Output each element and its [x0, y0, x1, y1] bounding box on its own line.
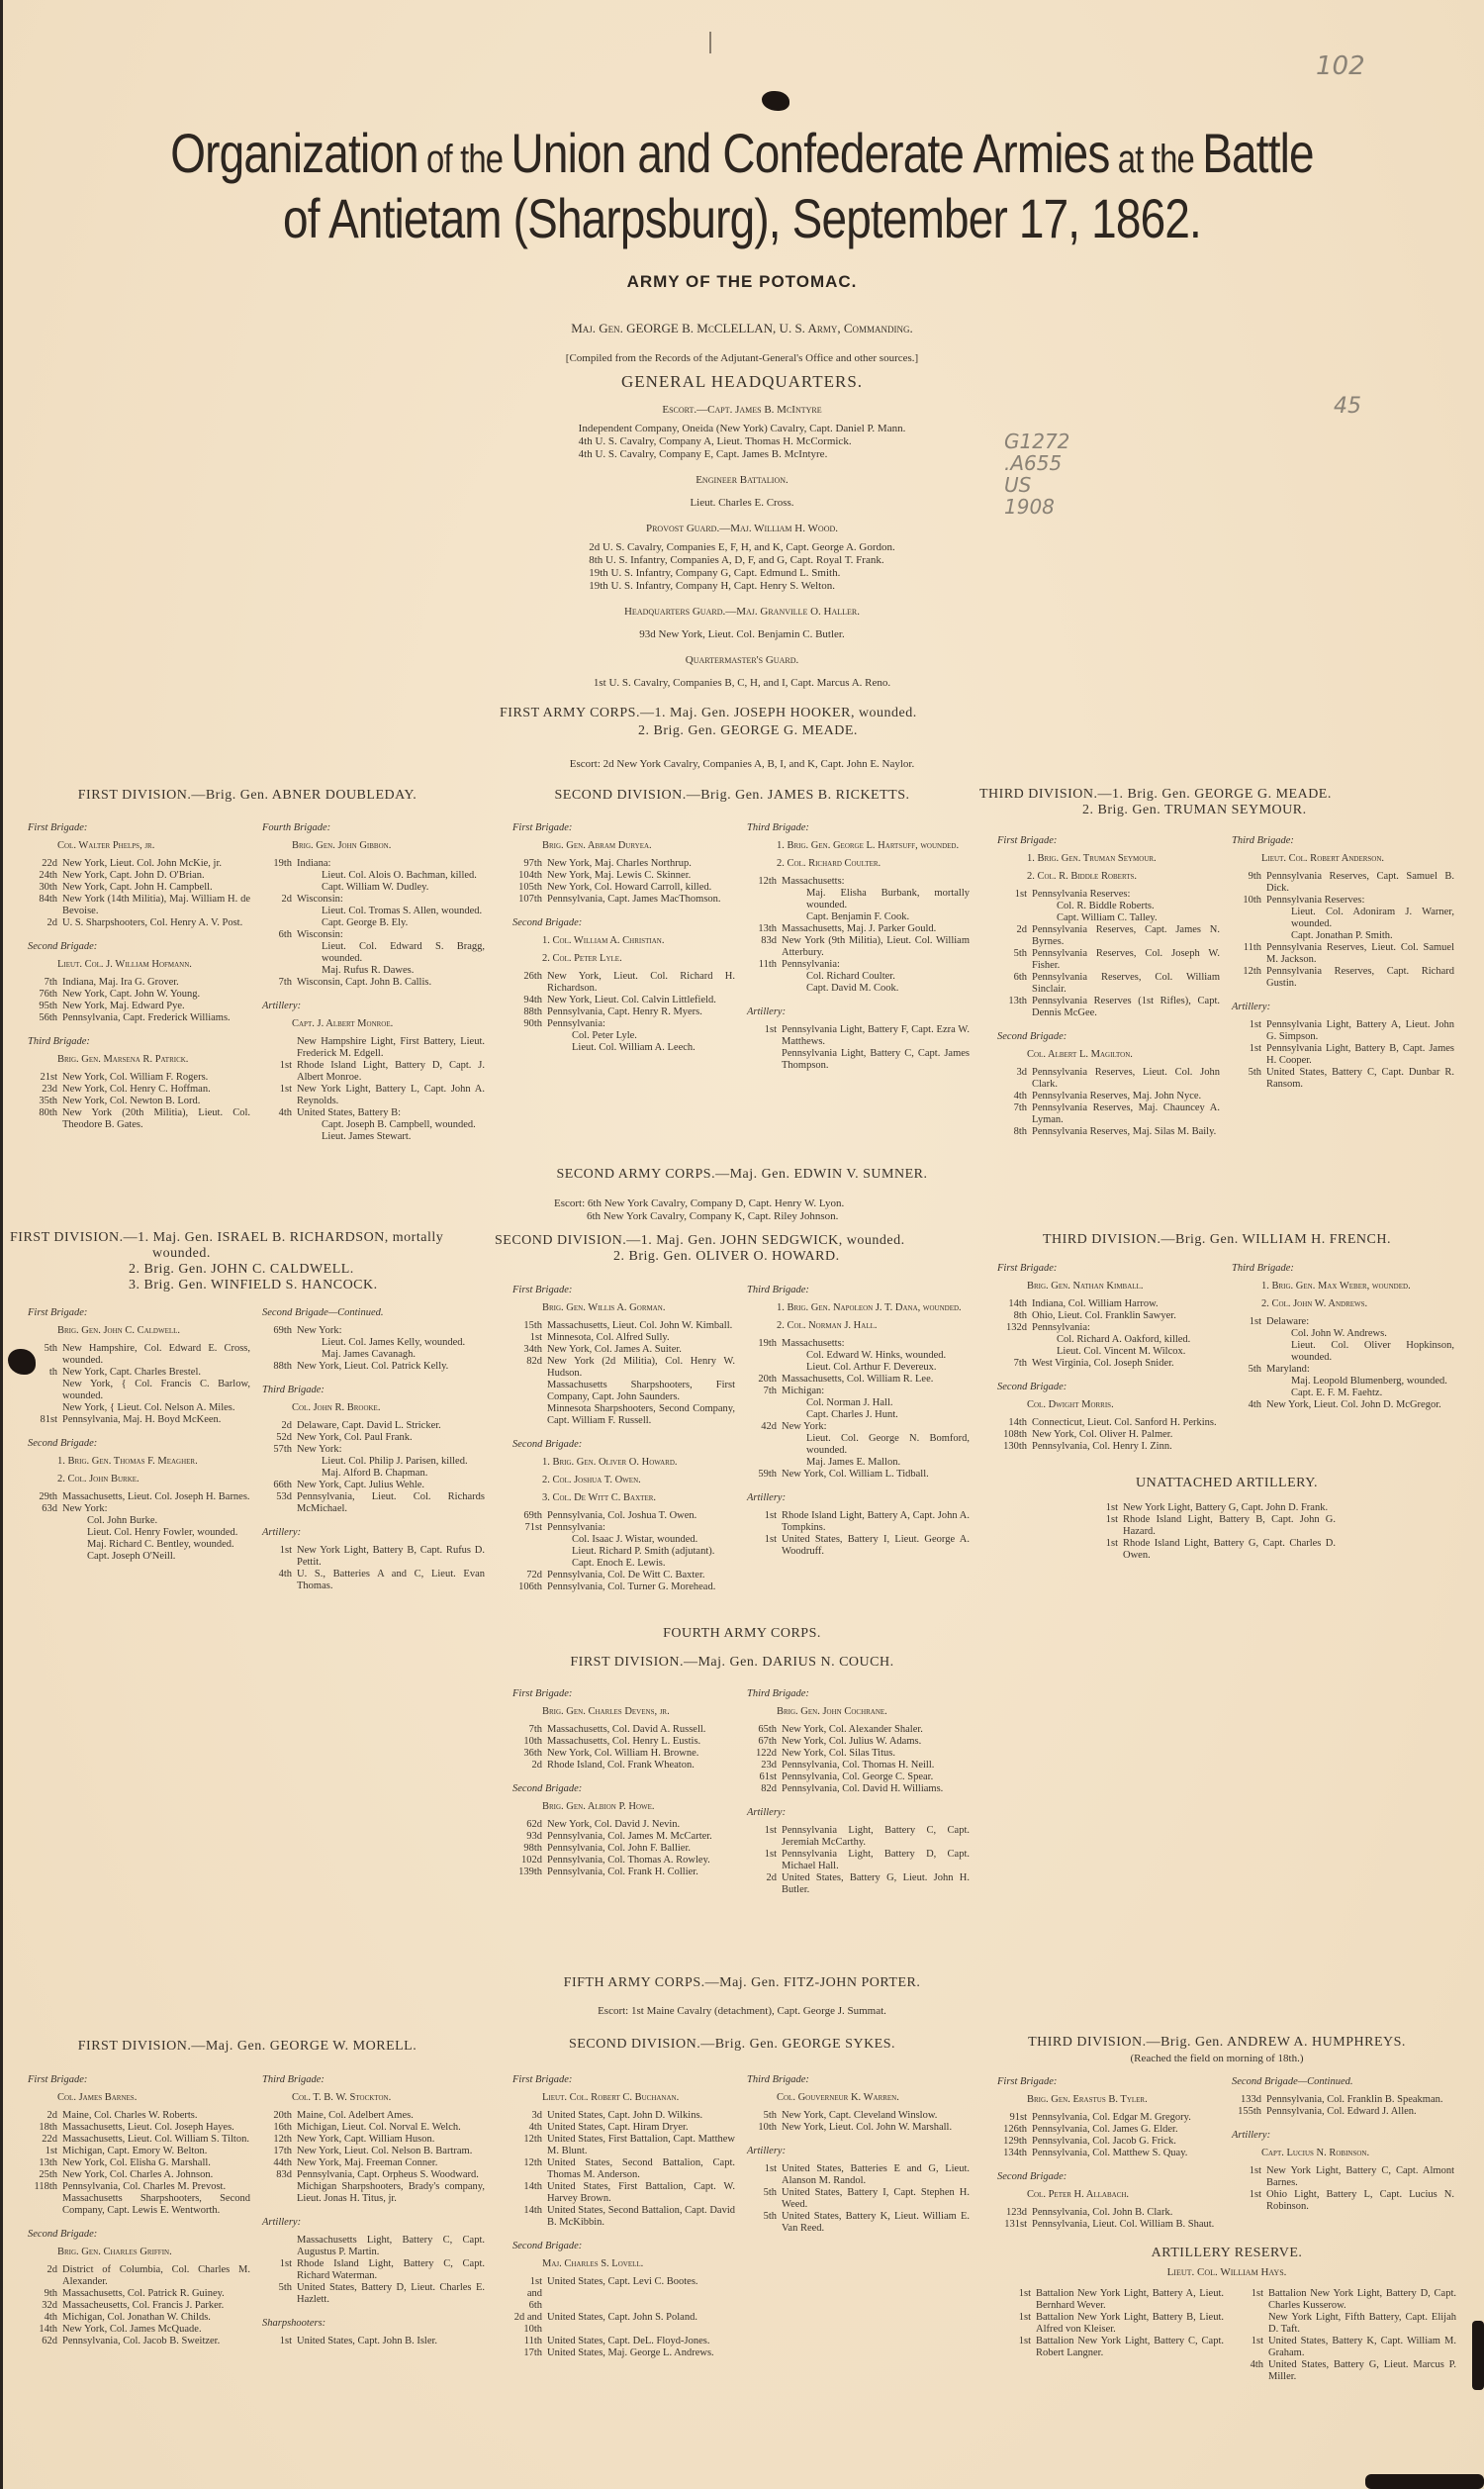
- unit-line: 7thPennsylvania Reserves, Maj. Chauncey …: [997, 1102, 1220, 1126]
- unit-line: 1stUnited States, Battery K, Capt. Willi…: [1234, 2336, 1456, 2359]
- unit-line: 2d and 10thUnited States, Capt. John S. …: [512, 2312, 735, 2336]
- unit-text: United States, Battery I, Capt. Stephen …: [782, 2187, 970, 2211]
- brigade-commander: Brig. Gen. Abram Duryea.: [542, 840, 735, 852]
- brigade-commander: Col. James Barnes.: [57, 2092, 250, 2104]
- spacer: [1232, 2213, 1454, 2219]
- unit-line: 13thPennsylvania Reserves (1st Rifles), …: [997, 996, 1220, 1019]
- unit-number: 76th: [28, 989, 62, 1001]
- brigade-label: Third Brigade:: [747, 1688, 970, 1700]
- unit-number: 1st: [1232, 2165, 1266, 2189]
- unit-text: Maj. James Cavanagh.: [322, 1349, 485, 1361]
- unit-number: 1st: [262, 1084, 297, 1107]
- unit-text: Capt. William W. Dudley.: [322, 882, 485, 894]
- unit-number: 69th: [512, 1510, 547, 1522]
- unit-number: 19th: [747, 1338, 782, 1350]
- unit-number: 1st and 6th: [512, 2276, 547, 2312]
- unit-line: Col. Norman J. Hall.: [747, 1397, 970, 1409]
- unit-text: Battalion New York Light, Battery D, Cap…: [1268, 2288, 1456, 2312]
- unit-number: 4th: [262, 1107, 297, 1119]
- unit-text: Lieut. Col. George N. Bomford, wounded.: [806, 1433, 970, 1457]
- spacer: [747, 2235, 970, 2241]
- unit-number: 1st: [747, 1849, 782, 1872]
- brigade-commander: 1. Brig. Gen. George L. Hartsuff, wounde…: [777, 840, 970, 852]
- unit-number: 1st: [262, 1545, 297, 1569]
- ghq-line: 2d U. S. Cavalry, Companies E, F, H, and…: [589, 541, 895, 554]
- brigade-column: First Brigade:Lieut. Col. Robert C. Buch…: [512, 2068, 735, 2365]
- unit-text: New York, Col. David J. Nevin.: [547, 1819, 735, 1831]
- unit-line: 102dPennsylvania, Col. Thomas A. Rowley.: [512, 1855, 735, 1867]
- unit-line: 6thPennsylvania Reserves, Col. William S…: [997, 972, 1220, 996]
- unit-line: Lieut. Col. Henry Fowler, wounded.: [28, 1527, 250, 1539]
- unit-text: Massachusetts Sharpshooters, Second Comp…: [62, 2193, 250, 2217]
- unit-line: 4thUnited States, Capt. Hiram Dryer.: [512, 2122, 735, 2134]
- unit-number: 4th: [1234, 2359, 1268, 2383]
- unit-text: New York, Col. Alexander Shaler.: [782, 1724, 970, 1736]
- brigade-commander: 1. Col. William A. Christian.: [542, 935, 735, 947]
- unit-text: Maj. Richard C. Bentley, wounded.: [87, 1539, 250, 1551]
- unit-text: Wisconsin:: [297, 929, 485, 941]
- brigade-label: First Brigade:: [512, 822, 735, 834]
- title-fragment: Battle: [1202, 122, 1314, 184]
- unit-text: Pennsylvania, Col. Thomas A. Rowley.: [547, 1855, 735, 1867]
- brigade-commander: Lieut. Col. Robert Anderson.: [1261, 853, 1454, 865]
- unit-line: Maj. Elisha Burbank, mortally wounded.: [747, 888, 970, 911]
- corps-escort: Escort: 1st Maine Cavalry (detachment), …: [495, 2005, 989, 2018]
- unit-line: 9thPennsylvania Reserves, Capt. Samuel B…: [1232, 871, 1454, 895]
- brigade-commander: Lieut. Col. J. William Hofmann.: [57, 959, 250, 971]
- unit-text: New York, Capt. Julius Wehle.: [297, 1480, 485, 1491]
- unit-text: Capt. E. F. M. Faehtz.: [1291, 1388, 1454, 1399]
- unit-text: United States, Capt. Hiram Dryer.: [547, 2122, 735, 2134]
- unit-number: 131st: [997, 2219, 1032, 2231]
- spacer: [1232, 990, 1454, 996]
- brigade-label: Second Brigade:: [512, 1439, 735, 1451]
- unit-text: Col. John Burke.: [87, 1515, 250, 1527]
- unit-text: Rhode Island, Col. Frank Wheaton.: [547, 1760, 735, 1771]
- unit-line: 57thNew York:: [262, 1444, 485, 1456]
- unit-number: 2d: [262, 1420, 297, 1432]
- corps-heading: FIFTH ARMY CORPS.—Maj. Gen. FITZ-JOHN PO…: [495, 1974, 989, 1992]
- unit-line: 84thNew York (14th Militia), Maj. Willia…: [28, 894, 250, 917]
- unit-number: 16th: [262, 2122, 297, 2134]
- unit-line: 1stUnited States, Battery I, Lieut. Geor…: [747, 1534, 970, 1558]
- unit-line: 1stBattalion New York Light, Battery B, …: [1001, 2312, 1224, 2336]
- unit-number: 83d: [262, 2169, 297, 2181]
- brigade-label: First Brigade:: [512, 1285, 735, 1296]
- unit-number: 25th: [28, 2169, 62, 2181]
- unit-number: 30th: [28, 882, 62, 894]
- brigade-commander: Capt. J. Albert Monroe.: [292, 1018, 485, 1030]
- division-heading: THIRD DIVISION.—Brig. Gen. WILLIAM H. FR…: [979, 1232, 1454, 1248]
- unit-line: Capt. E. F. M. Faehtz.: [1232, 1388, 1454, 1399]
- unit-line: 106thPennsylvania, Col. Turner G. Morehe…: [512, 1581, 735, 1593]
- ghq-line: 1st U. S. Cavalry, Companies B, C, H, an…: [594, 677, 890, 690]
- unit-line: 4thNew York, Lieut. Col. John D. McGrego…: [1232, 1399, 1454, 1411]
- unit-text: Pennsylvania Light, Battery F, Capt. Ezr…: [782, 1024, 970, 1048]
- brigade-commander: Col. Albert L. Magilton.: [1027, 1049, 1220, 1061]
- unit-line: 29thMassachusetts, Lieut. Col. Joseph H.…: [28, 1491, 250, 1503]
- unit-line: New York, { Col. Francis C. Barlow, woun…: [28, 1379, 250, 1402]
- title-fragment: Confederate Armies: [722, 122, 1109, 184]
- unit-line: 23dPennsylvania, Col. Thomas H. Neill.: [747, 1760, 970, 1771]
- unit-text: New York, Col. Julius W. Adams.: [782, 1736, 970, 1748]
- unit-line: Col. John Burke.: [28, 1515, 250, 1527]
- unit-text: New York, Col. Silas Titus.: [782, 1748, 970, 1760]
- unit-line: Lieut. Col. George N. Bomford, wounded.: [747, 1433, 970, 1457]
- unit-text: Maryland:: [1266, 1364, 1454, 1376]
- brigade-commander: 1. Brig. Gen. Truman Seymour.: [1027, 853, 1220, 865]
- unit-text: New York, Col. Oliver H. Palmer.: [1032, 1429, 1220, 1441]
- pencil-mark: [709, 32, 711, 53]
- spacer: [28, 2217, 250, 2223]
- unit-line: 2dDelaware, Capt. David L. Stricker.: [262, 1420, 485, 1432]
- unit-number: 11th: [1232, 942, 1266, 966]
- unit-text: New York, Col. William F. Rogers.: [62, 1072, 250, 1084]
- brigade-commander: 1. Brig. Gen. Thomas F. Meagher.: [57, 1456, 250, 1468]
- ghq-line: 8th U. S. Infantry, Companies A, D, F, a…: [589, 554, 895, 567]
- spacer: [262, 1515, 485, 1521]
- unit-number: 42d: [747, 1421, 782, 1433]
- unit-text: Maj. Alford B. Chapman.: [322, 1468, 485, 1480]
- spacer: [1232, 1091, 1454, 1097]
- unit-text: Lieut. Col. Alois O. Bachman, killed.: [322, 870, 485, 882]
- brigade-label: Second Brigade—Continued.: [1232, 2076, 1454, 2088]
- unit-number: 4th: [512, 2122, 547, 2134]
- unit-number: 88th: [262, 1361, 297, 1373]
- unit-line: 1stMinnesota, Col. Alfred Sully.: [512, 1332, 735, 1344]
- unit-text: United States, Maj. George L. Andrews.: [547, 2347, 735, 2359]
- unit-text: New York, { Col. Francis C. Barlow, woun…: [62, 1379, 250, 1402]
- unit-line: 32dMassacheusetts, Col. Francis J. Parke…: [28, 2300, 250, 2312]
- unit-number: 5th: [1232, 1364, 1266, 1376]
- spacer: [747, 1072, 970, 1078]
- brigade-column: Second Brigade—Continued.69thNew York:Li…: [262, 1301, 485, 1598]
- unit-line: 1stOhio Light, Battery L, Capt. Lucius N…: [1232, 2189, 1454, 2213]
- division-heading: FIRST DIVISION.—Maj. Gen. GEORGE W. MORE…: [10, 2039, 485, 2055]
- unit-line: Maj. James Cavanagh.: [262, 1349, 485, 1361]
- unit-text: Capt. David M. Cook.: [806, 983, 970, 995]
- division-heading: SECOND DIVISION.—1. Maj. Gen. JOHN SEDGW…: [495, 1233, 970, 1265]
- unit-line: 1stRhode Island Light, Battery D, Capt. …: [262, 1060, 485, 1084]
- unit-line: Capt. Joseph O'Neill.: [28, 1551, 250, 1563]
- unit-number: 20th: [747, 1374, 782, 1386]
- unit-number: 83d: [747, 935, 782, 959]
- unit-line: 123dPennsylvania, Col. John B. Clark.: [997, 2207, 1220, 2219]
- unit-text: Michigan, Col. Jonathan W. Childs.: [62, 2312, 250, 2324]
- brigade-label: Third Brigade:: [747, 2074, 970, 2086]
- unit-text: United States, Second Battalion, Capt. D…: [547, 2205, 735, 2229]
- unit-number: 4th: [262, 1569, 297, 1592]
- unit-number: 130th: [997, 1441, 1032, 1453]
- unit-line: 90thPennsylvania:: [512, 1018, 735, 1030]
- unit-line: 25thNew York, Col. Charles A. Johnson.: [28, 2169, 250, 2181]
- unit-text: Pennsylvania, Col. James M. McCarter.: [547, 1831, 735, 1843]
- unit-line: Capt. Benjamin F. Cook.: [747, 911, 970, 923]
- unit-number: 13th: [747, 923, 782, 935]
- unit-line: Lieut. Col. William A. Leech.: [512, 1042, 735, 1054]
- unit-number: 82d: [747, 1783, 782, 1795]
- unit-line: 2dPennsylvania Reserves, Capt. James N. …: [997, 924, 1220, 948]
- unit-text: Rhode Island Light, Battery D, Capt. J. …: [297, 1060, 485, 1084]
- unit-text: Pennsylvania, Col. Charles M. Prevost.: [62, 2181, 250, 2193]
- unit-line: 88thPennsylvania, Capt. Henry R. Myers.: [512, 1006, 735, 1018]
- unit-number: 91st: [997, 2112, 1032, 2124]
- unit-text: Pennsylvania Light, Battery C, Capt. Jam…: [782, 1048, 970, 1072]
- unit-line: 8thPennsylvania Reserves, Maj. Silas M. …: [997, 1126, 1220, 1138]
- unit-line: 97thNew York, Maj. Charles Northrup.: [512, 858, 735, 870]
- unit-line: 139thPennsylvania, Col. Frank H. Collier…: [512, 1867, 735, 1878]
- unit-line: 88thNew York, Lieut. Col. Patrick Kelly.: [262, 1361, 485, 1373]
- unit-number: 11th: [512, 2336, 547, 2347]
- unit-text: New York, Col. Howard Carroll, killed.: [547, 882, 735, 894]
- unit-line: 2dRhode Island, Col. Frank Wheaton.: [512, 1760, 735, 1771]
- unit-line: 4thUnited States, Battery B:: [262, 1107, 485, 1119]
- ghq-section-heading: Escort.—Capt. James B. McIntyre: [495, 404, 989, 417]
- unit-line: 1stPennsylvania Light, Battery A, Lieut.…: [1232, 1019, 1454, 1043]
- unit-number: 94th: [512, 995, 547, 1006]
- unit-text: New York, Maj. Edward Pye.: [62, 1001, 250, 1012]
- unit-text: Delaware, Capt. David L. Stricker.: [297, 1420, 485, 1432]
- brigade-commander: 2. Col. Joshua T. Owen.: [542, 1475, 735, 1486]
- unit-text: Pennsylvania, Col. John B. Clark.: [1032, 2207, 1220, 2219]
- unit-line: Lieut. Richard P. Smith (adjutant).: [512, 1546, 735, 1558]
- unit-number: 21st: [28, 1072, 62, 1084]
- unit-number: 1st: [1001, 2336, 1036, 2359]
- brigade-label: Second Brigade:: [512, 917, 735, 929]
- handwritten-page-number: 102: [1316, 51, 1365, 81]
- brigade-label: Third Brigade:: [28, 1036, 250, 1048]
- unit-line: 1stPennsylvania Reserves:: [997, 889, 1220, 901]
- unit-line: 9thMassachusetts, Col. Patrick R. Guiney…: [28, 2288, 250, 2300]
- unit-text: United States, Battery C, Capt. Dunbar R…: [1266, 1067, 1454, 1091]
- unit-text: United States, Capt. John S. Poland.: [547, 2312, 735, 2336]
- ghq-line: Lieut. Charles E. Cross.: [690, 497, 793, 510]
- unit-line: 5thUnited States, Battery K, Lieut. Will…: [747, 2211, 970, 2235]
- brigade-column: Fourth Brigade:Brig. Gen. John Gibbon.19…: [262, 816, 485, 1149]
- unit-number: 104th: [512, 870, 547, 882]
- unit-line: 134thPennsylvania, Col. Matthew S. Quay.: [997, 2148, 1220, 2159]
- unit-line: 19thIndiana:: [262, 858, 485, 870]
- unit-text: United States, Battery G, Lieut. Marcus …: [1268, 2359, 1456, 2383]
- unit-number: 1st: [1234, 2288, 1268, 2312]
- unit-line: 7thIndiana, Maj. Ira G. Grover.: [28, 977, 250, 989]
- unit-number: 12th: [262, 2134, 297, 2146]
- unit-text: United States, Second Battalion, Capt. T…: [547, 2157, 735, 2181]
- unit-number: 7th: [262, 977, 297, 989]
- unit-text: Pennsylvania, Col. Thomas H. Neill.: [782, 1760, 970, 1771]
- unit-text: Pennsylvania, Col. De Witt C. Baxter.: [547, 1570, 735, 1581]
- unit-text: Col. Edward W. Hinks, wounded.: [806, 1350, 970, 1362]
- unit-number: 15th: [512, 1320, 547, 1332]
- army-heading: ARMY OF THE POTOMAC.: [0, 272, 1484, 292]
- unit-line: 10thPennsylvania Reserves:: [1232, 895, 1454, 907]
- unit-text: Pennsylvania, Col. Joshua T. Owen.: [547, 1510, 735, 1522]
- unit-text: Lieut. Col. Oliver Hopkinson, wounded.: [1291, 1340, 1454, 1364]
- unit-number: 9th: [28, 2288, 62, 2300]
- unit-line: 1stUnited States, Capt. John B. Isler.: [262, 2336, 485, 2347]
- unit-text: Pennsylvania Reserves, Capt. Samuel B. D…: [1266, 871, 1454, 895]
- unit-line: Col. Richard A. Oakford, killed.: [997, 1334, 1220, 1346]
- unit-number: 5th: [747, 2211, 782, 2235]
- document-title-line2: of Antietam (Sharpsburg), September 17, …: [134, 186, 1350, 250]
- unit-line: 44thNew York, Maj. Freeman Conner.: [262, 2157, 485, 2169]
- unit-line: 1stNew York Light, Battery B, Capt. Rufu…: [262, 1545, 485, 1569]
- unit-number: 2d: [28, 917, 62, 929]
- ghq-line: 4th U. S. Cavalry, Company E, Capt. Jame…: [579, 448, 906, 461]
- unit-line: 1stRhode Island Light, Battery C, Capt. …: [262, 2258, 485, 2282]
- unit-text: Pennsylvania, Col. John F. Ballier.: [547, 1843, 735, 1855]
- brigade-column: Third Brigade:1. Brig. Gen. Napoleon J. …: [747, 1279, 970, 1564]
- unit-line: 4thU. S., Batteries A and C, Lieut. Evan…: [262, 1569, 485, 1592]
- spacer: [997, 1370, 1220, 1376]
- unit-text: Pennsylvania Light, Battery C, Capt. Jer…: [782, 1825, 970, 1849]
- unit-text: United States, Battery K, Lieut. William…: [782, 2211, 970, 2235]
- unit-number: 1st: [1001, 2288, 1036, 2312]
- brigade-column: Second Brigade—Continued.133dPennsylvani…: [1232, 2070, 1454, 2219]
- brigade-label: Sharpshooters:: [262, 2318, 485, 2330]
- unit-line: 18thMassachusetts, Lieut. Col. Joseph Ha…: [28, 2122, 250, 2134]
- unit-line: Maj. Richard C. Bentley, wounded.: [28, 1539, 250, 1551]
- unit-text: Pennsylvania, Lieut. Col. Richards McMic…: [297, 1491, 485, 1515]
- unit-text: Massachusetts, Lieut. Col. Joseph H. Bar…: [62, 1491, 250, 1503]
- unit-text: Pennsylvania, Lieut. Col. William B. Sha…: [1032, 2219, 1220, 2231]
- unit-line: Massachusetts Sharpshooters, First Compa…: [512, 1380, 735, 1403]
- unattached-heading: UNATTACHED ARTILLERY.: [989, 1475, 1464, 1492]
- brigade-column: Third Brigade:Brig. Gen. John Cochrane.6…: [747, 1682, 970, 1902]
- brigade-column: Third Brigade:Col. T. B. W. Stockton.20t…: [262, 2068, 485, 2353]
- unit-line: 76thNew York, Capt. John W. Young.: [28, 989, 250, 1001]
- unit-line: Lieut. Col. James Kelly, wounded.: [262, 1337, 485, 1349]
- unit-line: 63dNew York:: [28, 1503, 250, 1515]
- unit-number: 9th: [1232, 871, 1266, 895]
- unit-line: 3dUnited States, Capt. John D. Wilkins.: [512, 2110, 735, 2122]
- unit-text: New York (14th Militia), Maj. William H.…: [62, 894, 250, 917]
- brigade-column: First Brigade:Brig. Gen. Willis A. Gorma…: [512, 1279, 735, 1599]
- unit-line: 1stNew York Light, Battery G, Capt. John…: [1088, 1502, 1336, 1514]
- corps-escort: Escort: 2d New York Cavalry, Companies A…: [495, 758, 989, 771]
- unit-text: New York, Capt. Charles Brestel.: [62, 1367, 250, 1379]
- unit-number: 7th: [512, 1724, 547, 1736]
- unit-text: Pennsylvania, Col. Edgar M. Gregory.: [1032, 2112, 1220, 2124]
- unit-text: Pennsylvania, Col. George C. Spear.: [782, 1771, 970, 1783]
- unit-text: Massachusetts, Lieut. Col. Joseph Hayes.: [62, 2122, 250, 2134]
- spacer: [262, 2306, 485, 2312]
- spacer: [28, 1131, 250, 1137]
- brigade-commander: 2. Col. R. Biddle Roberts.: [1027, 871, 1220, 883]
- ghq-section-heading: Headquarters Guard.—Maj. Granville O. Ha…: [495, 606, 989, 619]
- unit-text: Rhode Island Light, Battery G, Capt. Cha…: [1123, 1538, 1336, 1562]
- unit-line: Col. Edward W. Hinks, wounded.: [747, 1350, 970, 1362]
- unit-line: Lieut. Col. Oliver Hopkinson, wounded.: [1232, 1340, 1454, 1364]
- unit-text: New York, Lieut. Col. Nelson B. Bartram.: [297, 2146, 485, 2157]
- unit-text: Capt. Benjamin F. Cook.: [806, 911, 970, 923]
- unit-number: 52d: [262, 1432, 297, 1444]
- unit-line: 1stPennsylvania Light, Battery B, Capt. …: [1232, 1043, 1454, 1067]
- unit-text: Pennsylvania Reserves, Maj. Silas M. Bai…: [1032, 1126, 1220, 1138]
- unit-line: 4thMichigan, Col. Jonathan W. Childs.: [28, 2312, 250, 2324]
- unit-number: 1st: [262, 1060, 297, 1084]
- unit-number: 105th: [512, 882, 547, 894]
- unit-text: Michigan Sharpshooters, Brady's company,…: [297, 2181, 485, 2205]
- unit-line: 1stBattalion New York Light, Battery A, …: [1001, 2288, 1224, 2312]
- brigade-commander: Brig. Gen. John Cochrane.: [777, 1706, 970, 1718]
- unit-line: 5thUnited States, Battery D, Lieut. Char…: [262, 2282, 485, 2306]
- unit-line: 12thUnited States, Second Battalion, Cap…: [512, 2157, 735, 2181]
- brigade-column: First Brigade:Col. Walter Phelps, jr.22d…: [28, 816, 250, 1137]
- unit-text: Capt. Enoch E. Lewis.: [572, 1558, 735, 1570]
- unit-text: Pennsylvania Reserves, Capt. James N. By…: [1032, 924, 1220, 948]
- unit-line: 5thUnited States, Battery I, Capt. Steph…: [747, 2187, 970, 2211]
- unit-line: 65thNew York, Col. Alexander Shaler.: [747, 1724, 970, 1736]
- unit-line: 105thNew York, Col. Howard Carroll, kill…: [512, 882, 735, 894]
- brigade-commander: Maj. Charles S. Lovell.: [542, 2258, 735, 2270]
- unit-line: 34thNew York, Col. James A. Suiter.: [512, 1344, 735, 1356]
- corps-heading: SECOND ARMY CORPS.—Maj. Gen. EDWIN V. SU…: [495, 1166, 989, 1184]
- unit-number: 22d: [28, 858, 62, 870]
- unit-number: 97th: [512, 858, 547, 870]
- unit-text: Ohio, Lieut. Col. Franklin Sawyer.: [1032, 1310, 1220, 1322]
- unit-number: 62d: [28, 2336, 62, 2347]
- ghq-section-lines: 1st U. S. Cavalry, Companies B, C, H, an…: [594, 677, 890, 690]
- brigade-column: Third Brigade:Lieut. Col. Robert Anderso…: [1232, 829, 1454, 1097]
- ink-blot: [762, 91, 789, 111]
- unit-text: Massachusetts:: [782, 1338, 970, 1350]
- unit-line: 22dNew York, Lieut. Col. John McKie, jr.: [28, 858, 250, 870]
- unit-text: Massachusetts, Col. David A. Russell.: [547, 1724, 735, 1736]
- tear-edge-bottom: [1365, 2474, 1484, 2489]
- unit-line: 1stUnited States, Batteries E and G, Lie…: [747, 2163, 970, 2187]
- compiled-note: [Compiled from the Records of the Adjuta…: [0, 352, 1484, 365]
- spacer: [512, 2229, 735, 2235]
- unit-line: 7thMassachusetts, Col. David A. Russell.: [512, 1724, 735, 1736]
- unit-text: Lieut. Col. Henry Fowler, wounded.: [87, 1527, 250, 1539]
- unit-text: Lieut. Richard P. Smith (adjutant).: [572, 1546, 735, 1558]
- unit-text: Massachusetts, Col. Henry L. Eustis.: [547, 1736, 735, 1748]
- unit-line: 17thNew York, Lieut. Col. Nelson B. Bart…: [262, 2146, 485, 2157]
- unit-text: Massachusetts, Col. William R. Lee.: [782, 1374, 970, 1386]
- unit-text: New York, Lieut. Col. Calvin Littlefield…: [547, 995, 735, 1006]
- ghq-section-heading: Quartermaster's Guard.: [495, 654, 989, 667]
- unit-number: 20th: [262, 2110, 297, 2122]
- unit-line: thNew York, Capt. Charles Brestel.: [28, 1367, 250, 1379]
- spacer: [512, 2359, 735, 2365]
- unit-line: 20thMassachusetts, Col. William R. Lee.: [747, 1374, 970, 1386]
- spacer: [512, 1427, 735, 1433]
- unit-number: 1st: [997, 889, 1032, 901]
- unit-text: Col. Richard A. Oakford, killed.: [1057, 1334, 1220, 1346]
- unit-line: 14thConnecticut, Lieut. Col. Sanford H. …: [997, 1417, 1220, 1429]
- ghq-section-heading: Engineer Battalion.: [495, 474, 989, 487]
- unit-number: 62d: [512, 1819, 547, 1831]
- unit-line: Col. John W. Andrews.: [1232, 1328, 1454, 1340]
- unit-text: Pennsylvania:: [782, 959, 970, 971]
- unit-line: 53dPennsylvania, Lieut. Col. Richards Mc…: [262, 1491, 485, 1515]
- unit-text: Massachusetts, Col. Patrick R. Guiney.: [62, 2288, 250, 2300]
- unit-number: 8th: [997, 1310, 1032, 1322]
- unit-number: 5th: [28, 1343, 62, 1367]
- unit-text: Pennsylvania, Capt. Frederick Williams.: [62, 1012, 250, 1024]
- unit-text: Michigan, Lieut. Col. Norval E. Welch.: [297, 2122, 485, 2134]
- commander-line: Maj. Gen. GEORGE B. McCLELLAN, U. S. Arm…: [0, 321, 1484, 336]
- unit-number: 4th: [1232, 1399, 1266, 1411]
- unit-text: New York Light, Battery L, Capt. John A.…: [297, 1084, 485, 1107]
- unit-text: Col. Peter Lyle.: [572, 1030, 735, 1042]
- unit-line: Lieut. Col. Arthur F. Devereux.: [747, 1362, 970, 1374]
- brigade-label: Third Brigade:: [747, 822, 970, 834]
- unit-line: 66thNew York, Capt. Julius Wehle.: [262, 1480, 485, 1491]
- unit-text: Pennsylvania, Col. Edward J. Allen.: [1266, 2106, 1454, 2118]
- unit-text: United States, Batteries E and G, Lieut.…: [782, 2163, 970, 2187]
